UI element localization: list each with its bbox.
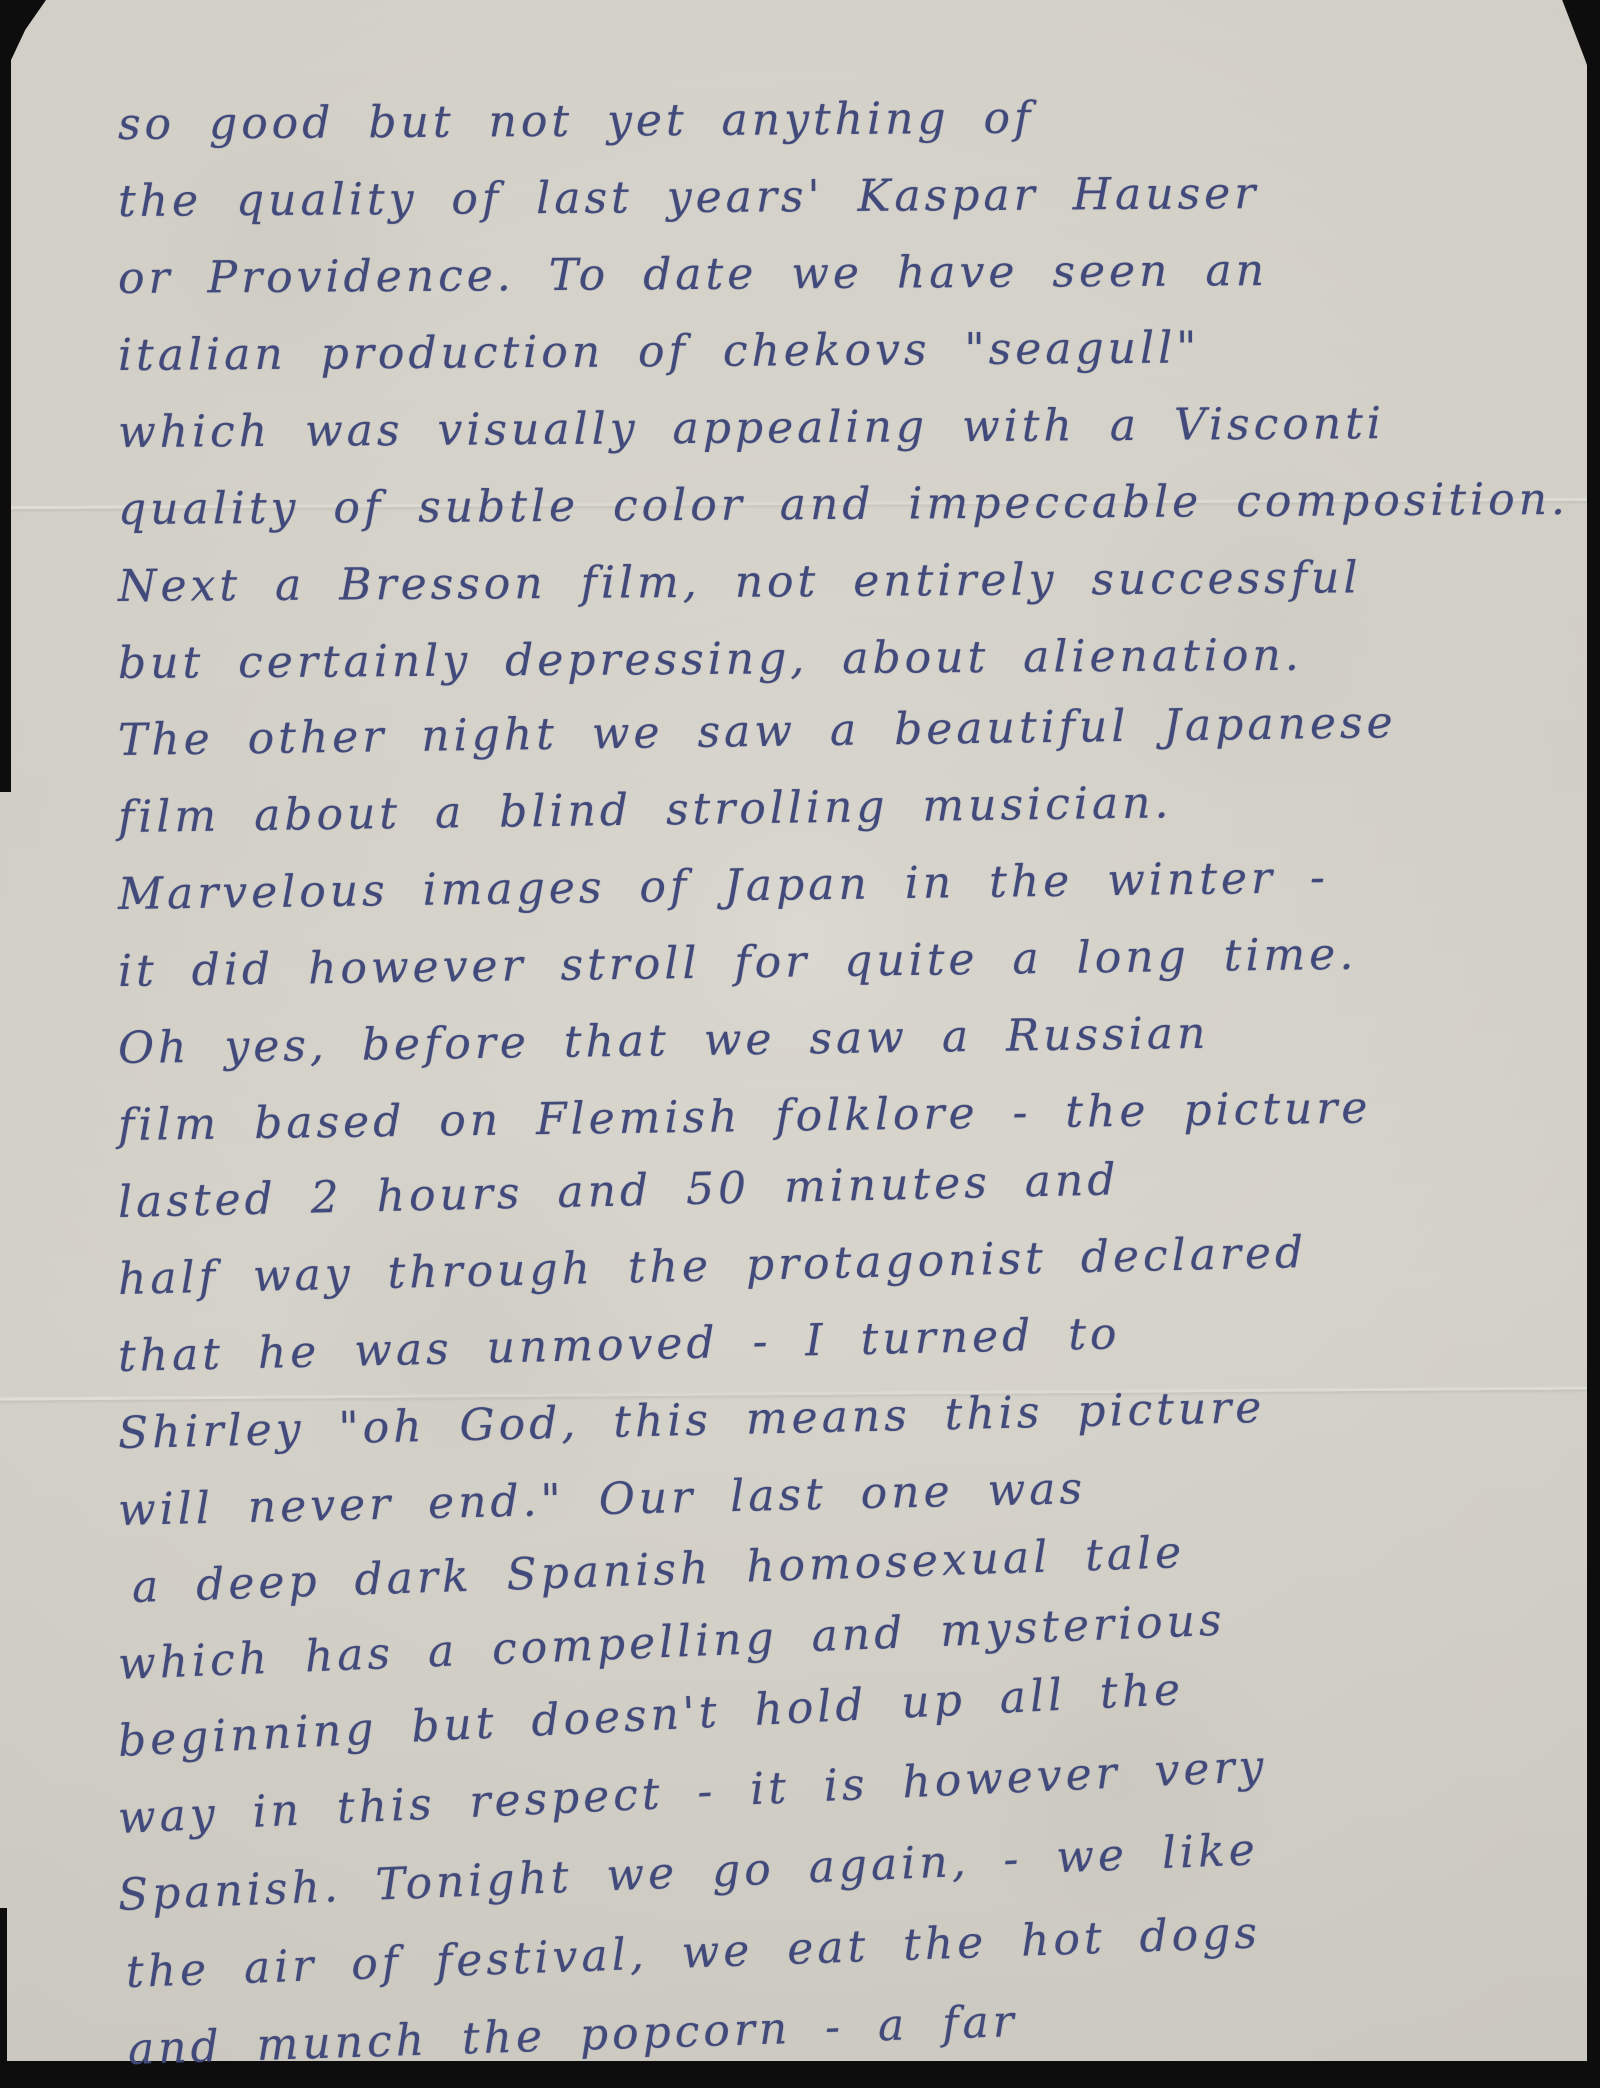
handwritten-line: quality of subtle color and impeccable c…: [118, 461, 1531, 548]
handwritten-text-block: so good but not yet anything of the qual…: [118, 86, 1530, 2088]
handwritten-line: so good but not yet anything of: [118, 76, 1531, 163]
scan-edge-artifact-left: [0, 0, 11, 792]
scan-edge-artifact-right: [1587, 0, 1600, 2088]
handwritten-line: the quality of last years' Kaspar Hauser: [118, 153, 1531, 240]
letter-page: so good but not yet anything of the qual…: [0, 0, 1600, 2088]
handwritten-line: italian production of chekovs "seagull": [118, 307, 1531, 394]
handwritten-line: Next a Bresson film, not entirely succes…: [118, 538, 1531, 625]
handwritten-line: or Providence. To date we have seen an: [118, 230, 1531, 317]
handwritten-line: which was visually appealing with a Visc…: [118, 384, 1531, 471]
